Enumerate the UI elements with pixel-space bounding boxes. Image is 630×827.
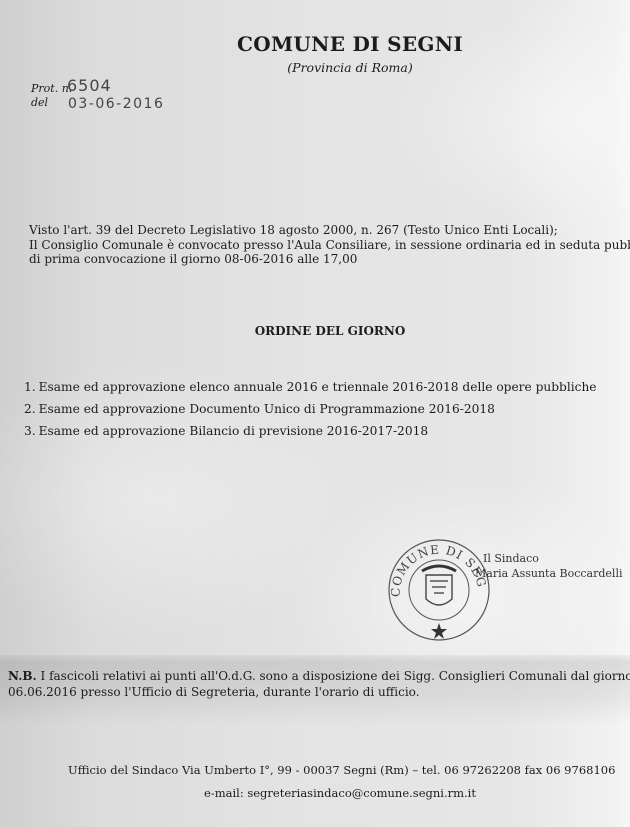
nota-bene: N.B. I fascicoli relativi ai punti all'O… xyxy=(8,669,630,700)
intro-line: di prima convocazione il giorno 08-06-20… xyxy=(29,252,630,267)
document-subtitle: (Provincia di Roma) xyxy=(0,60,630,75)
intro-line: Visto l'art. 39 del Decreto Legislativo … xyxy=(29,223,630,238)
municipal-seal-stamp-icon: COMUNE DI SEGNI xyxy=(386,537,492,643)
nota-bene-text: I fascicoli relativi ai punti all'O.d.G.… xyxy=(37,669,630,683)
convocation-paragraph: Visto l'art. 39 del Decreto Legislativo … xyxy=(29,223,630,267)
agenda-item-number: 1. xyxy=(24,380,36,394)
agenda-item-number: 2. xyxy=(24,402,36,416)
agenda-item: 2.Esame ed approvazione Documento Unico … xyxy=(24,402,597,424)
signature-role: Il Sindaco xyxy=(483,551,622,566)
agenda-item-text: Esame ed approvazione Documento Unico di… xyxy=(39,402,495,416)
nota-bene-label: N.B. xyxy=(8,669,37,683)
agenda-item-text: Esame ed approvazione elenco annuale 201… xyxy=(39,380,597,394)
footer-address: Ufficio del Sindaco Via Umberto I°, 99 -… xyxy=(68,763,615,777)
nota-bene-text-line2: 06.06.2016 presso l'Ufficio di Segreteri… xyxy=(8,685,630,701)
agenda-item-number: 3. xyxy=(24,424,36,438)
footer-email: e-mail: segreteriasindaco@comune.segni.r… xyxy=(0,786,630,800)
intro-line: Il Consiglio Comunale è convocato presso… xyxy=(29,238,630,253)
signature-name: Maria Assunta Boccardelli xyxy=(475,566,622,581)
agenda-item-text: Esame ed approvazione Bilancio di previs… xyxy=(39,424,428,438)
protocol-number-handwritten: 6504 xyxy=(67,76,112,95)
signature-block: Il Sindaco Maria Assunta Boccardelli xyxy=(483,551,622,581)
date-label: del xyxy=(31,96,48,109)
document-title: COMUNE DI SEGNI xyxy=(0,32,630,56)
agenda-item: 1.Esame ed approvazione elenco annuale 2… xyxy=(24,380,597,402)
agenda-list: 1.Esame ed approvazione elenco annuale 2… xyxy=(24,380,597,446)
date-handwritten: 03-06-2016 xyxy=(68,96,164,112)
agenda-item: 3.Esame ed approvazione Bilancio di prev… xyxy=(24,424,597,446)
agenda-title: ORDINE DEL GIORNO xyxy=(0,324,630,338)
